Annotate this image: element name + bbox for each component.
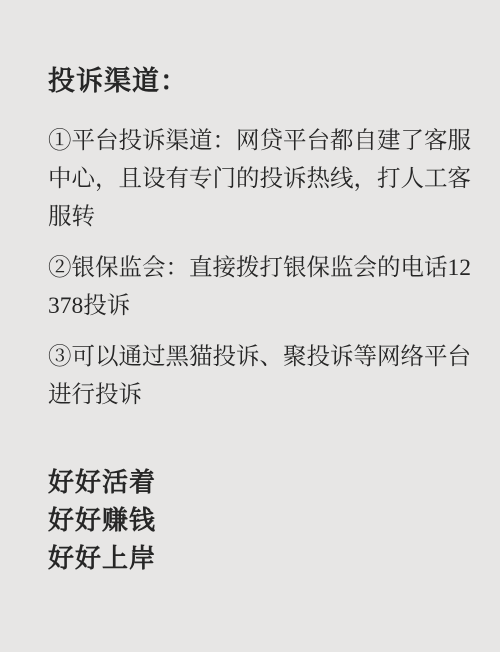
slogan-line: 好好上岸 <box>48 540 478 578</box>
paragraph-online-platforms: ③可以通过黑猫投诉、聚投诉等网络平台 进行投诉 <box>48 338 478 414</box>
slogan-line: 好好赚钱 <box>48 502 478 540</box>
paragraph-line: 进行投诉 <box>48 376 478 414</box>
paragraph-platform-channel: ①平台投诉渠道：网贷平台都自建了客服 中心，且设有专门的投诉热线，打人工客 服转 <box>48 122 478 236</box>
page-title: 投诉渠道： <box>48 62 478 100</box>
slogan-block: 好好活着 好好赚钱 好好上岸 <box>48 464 478 578</box>
paragraph-regulator-hotline: ②银保监会：直接拨打银保监会的电话12 378投诉 <box>48 249 478 325</box>
paragraph-line: ②银保监会：直接拨打银保监会的电话12 <box>48 249 478 287</box>
paragraph-line: ③可以通过黑猫投诉、聚投诉等网络平台 <box>48 338 478 376</box>
paragraph-line: 378投诉 <box>48 287 478 325</box>
paragraph-line: ①平台投诉渠道：网贷平台都自建了客服 <box>48 122 478 160</box>
slogan-line: 好好活着 <box>48 464 478 502</box>
paragraph-line: 服转 <box>48 198 478 236</box>
complaint-channels-card: 投诉渠道： ①平台投诉渠道：网贷平台都自建了客服 中心，且设有专门的投诉热线，打… <box>0 0 500 652</box>
paragraph-line: 中心，且设有专门的投诉热线，打人工客 <box>48 160 478 198</box>
